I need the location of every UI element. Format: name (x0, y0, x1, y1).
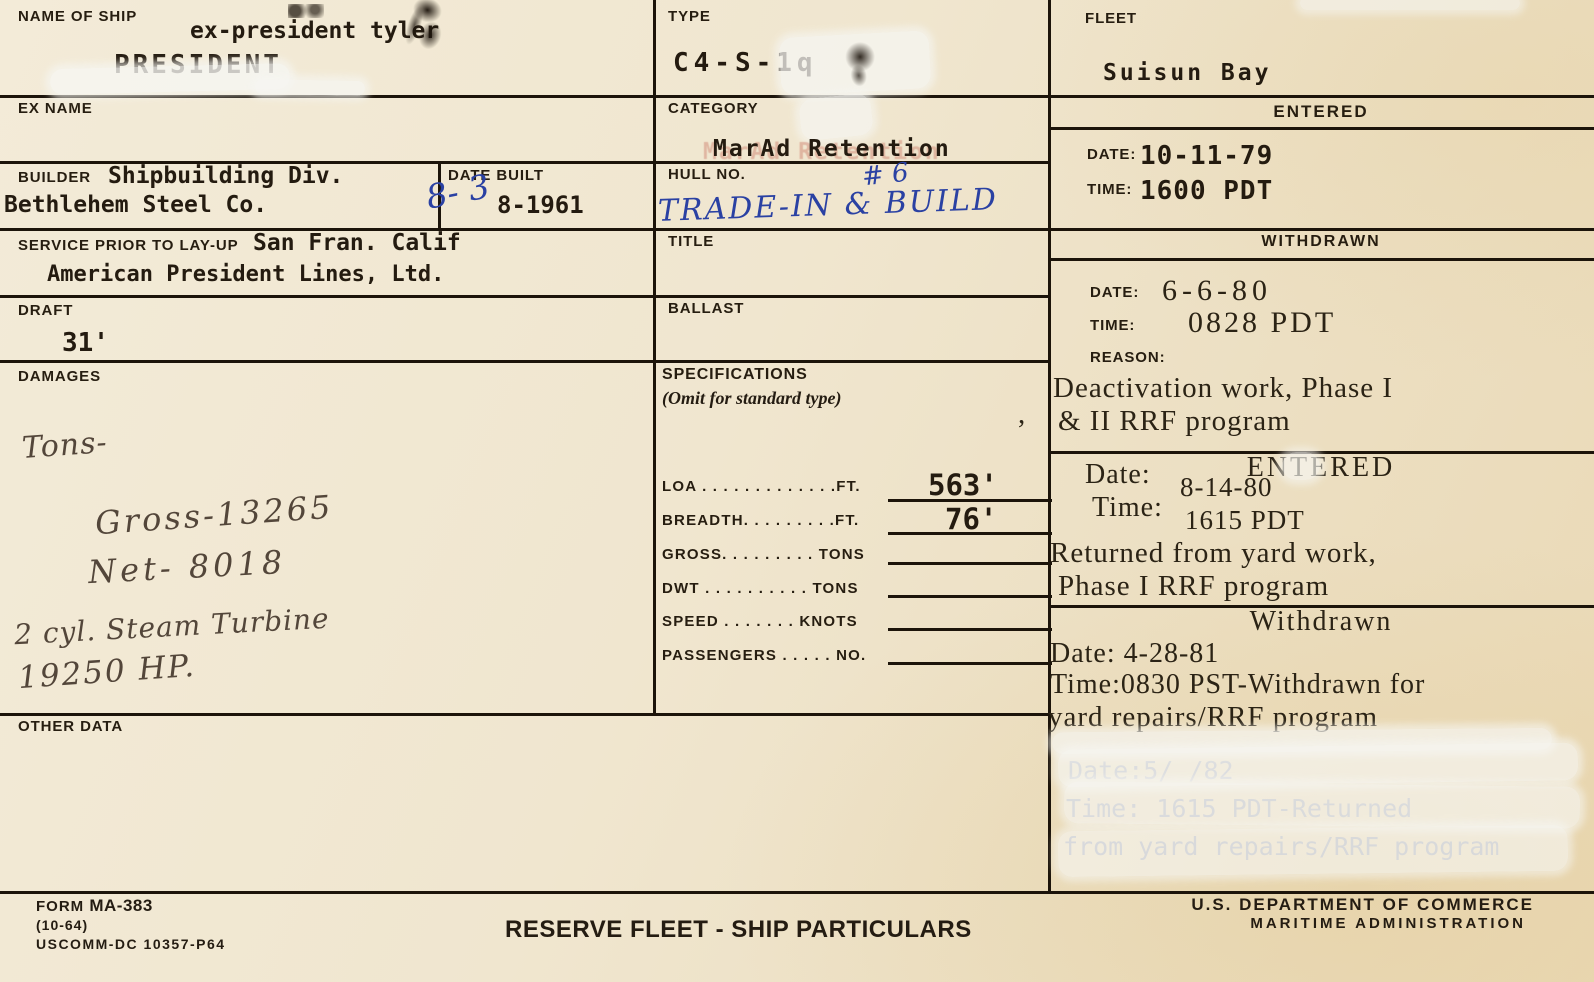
form-number: MA-383 (89, 896, 152, 915)
form-revision: (10-64) (36, 917, 88, 933)
agency-line2: MARITIME ADMINISTRATION (1191, 915, 1526, 932)
category-value: MarAd Retention (713, 136, 951, 162)
form-code: USCOMM-DC 10357-P64 (36, 936, 226, 952)
whiteout-smear (1282, 452, 1320, 480)
ink-blot (834, 32, 888, 91)
ship-particulars-card: NAME OF SHIP ex-president tyler PRESIDEN… (0, 0, 1594, 982)
agency-line1: U.S. DEPARTMENT OF COMMERCE (1191, 895, 1534, 915)
whiteout-smear (1300, 0, 1520, 10)
form-label-row: FORM MA-383 (36, 896, 153, 916)
ink-speck (288, 4, 324, 18)
agency-block: U.S. DEPARTMENT OF COMMERCE MARITIME ADM… (1191, 895, 1534, 932)
card-title: RESERVE FLEET - SHIP PARTICULARS (505, 916, 972, 944)
whiteout-smear (798, 92, 874, 141)
whiteout-smear (255, 79, 365, 96)
form-label: FORM (36, 898, 84, 915)
